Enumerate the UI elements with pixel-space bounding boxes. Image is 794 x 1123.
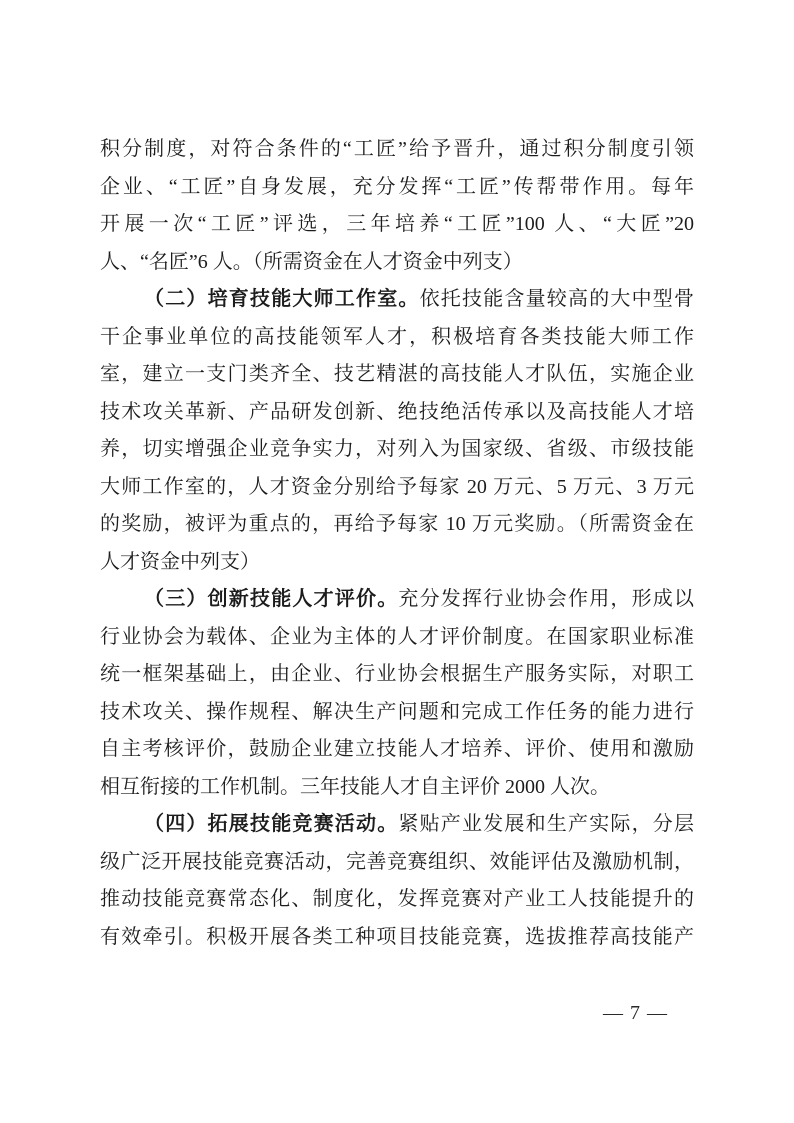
text-line: 推动技能竞赛常态化、制度化，发挥竞赛对产业工人技能提升的: [100, 881, 694, 919]
text-line: 养，切实增强企业竞争实力，对列入为国家级、省级、市级技能: [100, 431, 694, 469]
document-page: 积分制度，对符合条件的“工匠”给予晋升，通过积分制度引领企业、“工匠”自身发展，…: [0, 0, 794, 1123]
text-line: （三）创新技能人才评价。充分发挥行业协会作用，形成以: [100, 581, 694, 619]
text-line: 大师工作室的，人才资金分别给予每家 20 万元、5 万元、3 万元: [100, 469, 694, 507]
text-line: 人、“名匠”6 人。（所需资金在人才资金中列支）: [100, 244, 694, 282]
text-line: 统一框架基础上，由企业、行业协会根据生产服务实际，对职工: [100, 656, 694, 694]
text-line: 积分制度，对符合条件的“工匠”给予晋升，通过积分制度引领: [100, 131, 694, 169]
text-line: 行业协会为载体、企业为主体的人才评价制度。在国家职业标准: [100, 619, 694, 657]
text-line: 室，建立一支门类齐全、技艺精湛的高技能人才队伍，实施企业: [100, 356, 694, 394]
text-line: 级广泛开展技能竞赛活动，完善竞赛组织、效能评估及激励机制，: [100, 844, 694, 882]
document-body: 积分制度，对符合条件的“工匠”给予晋升，通过积分制度引领企业、“工匠”自身发展，…: [100, 131, 694, 956]
text-line: 技术攻关革新、产品研发创新、绝技绝活传承以及高技能人才培: [100, 394, 694, 432]
text-line: （二）培育技能大师工作室。依托技能含量较高的大中型骨: [100, 281, 694, 319]
text-line: 企业、“工匠”自身发展，充分发挥“工匠”传帮带作用。每年: [100, 169, 694, 207]
text-line: 开展一次“工匠”评选，三年培养“工匠”100 人、“大匠”20: [100, 206, 694, 244]
text-line: 人才资金中列支）: [100, 544, 694, 582]
text-line: 技术攻关、操作规程、解决生产问题和完成工作任务的能力进行: [100, 694, 694, 732]
text-line: 干企事业单位的高技能领军人才，积极培育各类技能大师工作: [100, 319, 694, 357]
text-line: 有效牵引。积极开展各类工种项目技能竞赛，选拔推荐高技能产: [100, 919, 694, 957]
section-heading: （三）创新技能人才评价。: [144, 588, 398, 610]
text-line: 的奖励，被评为重点的，再给予每家 10 万元奖励。（所需资金在: [100, 506, 694, 544]
section-heading: （四）拓展技能竞赛活动。: [144, 813, 398, 835]
text-line: （四）拓展技能竞赛活动。紧贴产业发展和生产实际，分层: [100, 806, 694, 844]
text-line: 自主考核评价，鼓励企业建立技能人才培养、评价、使用和激励: [100, 731, 694, 769]
page-number: — 7 —: [603, 1000, 668, 1026]
section-heading: （二）培育技能大师工作室。: [144, 288, 420, 310]
text-line: 相互衔接的工作机制。三年技能人才自主评价 2000 人次。: [100, 769, 694, 807]
